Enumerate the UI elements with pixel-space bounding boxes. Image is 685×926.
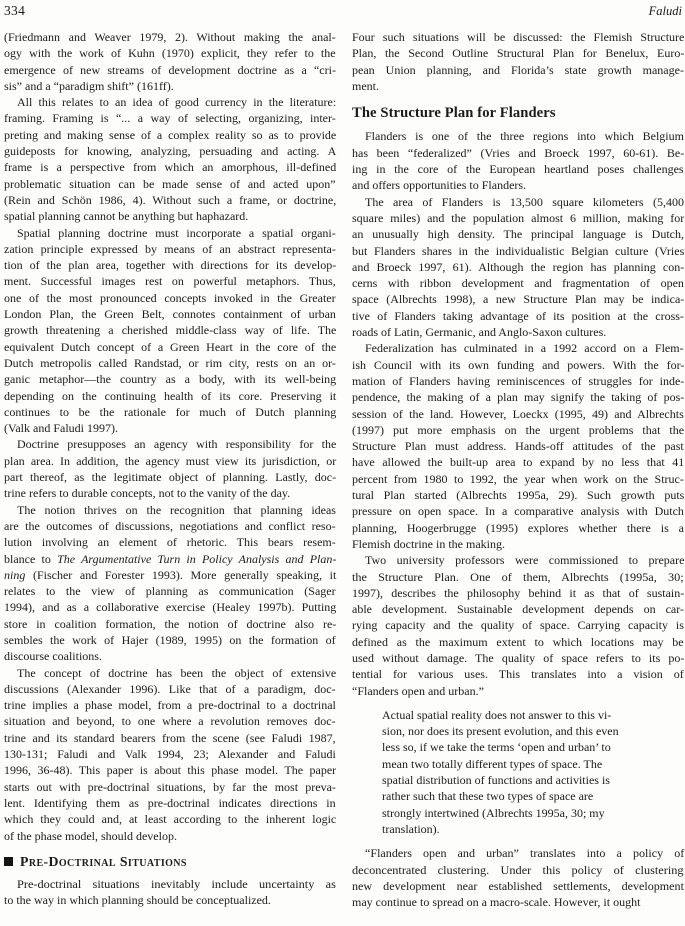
text-line: relates to the view of planning as commu… <box>4 583 336 599</box>
text-run: defined as the maximum extent to which l… <box>352 634 684 650</box>
text-run: growth threatening a cherished middle-cl… <box>4 322 336 338</box>
text-line: depending on the continuing health of it… <box>4 388 336 404</box>
text-line: 130-131; Faludi and Valk 1994, 23; Alexa… <box>4 746 336 762</box>
text-run: Flanders is one of the three regions int… <box>365 128 684 144</box>
text-line: sembles the work of Hajer (1989, 1995) o… <box>4 632 336 648</box>
text-run: Pre-doctrinal situations inevitably incl… <box>17 876 336 892</box>
text-line: the Structure Plan. One of them, Albrech… <box>352 569 684 585</box>
text-run: Structure Plan must address. Hands-off a… <box>352 438 684 454</box>
text-line: translation). <box>382 821 644 837</box>
text-line: Spatial planning doctrine must incorpora… <box>4 225 336 241</box>
text-line: blance to The Argumentative Turn in Poli… <box>4 551 336 567</box>
text-line: discussions (Alexander 1996). Like that … <box>4 681 336 697</box>
text-line: used without damage. The quality of spac… <box>352 650 684 666</box>
text-run: ing in the core of the European heartlan… <box>352 161 684 177</box>
text-run: ning (Fischer and Forester 1993). More g… <box>4 567 336 583</box>
text-line: (Friedmann and Weaver 1979, 2). Without … <box>4 29 336 45</box>
text-line: Structure Plan must address. Hands-off a… <box>352 438 684 454</box>
text-line: (Valk and Faludi 1997). <box>4 420 336 436</box>
text-run: have allowed the built-up area to expand… <box>352 454 684 470</box>
text-line: spatial planning cannot be anything but … <box>4 208 336 224</box>
text-line: spatial distribution of functions and ac… <box>382 772 644 788</box>
text-line: deconcentrated clustering. Under this po… <box>352 862 684 878</box>
text-line: ment. <box>352 78 684 94</box>
text-run: may continue to spread on a macro-scale.… <box>352 894 640 910</box>
text-line: of the phase model, should develop. <box>4 828 336 844</box>
paragraph: Four such situations will be discussed: … <box>352 29 684 94</box>
text-line: square miles) and the population almost … <box>352 210 684 226</box>
text-line: The area of Flanders is 13,500 square ki… <box>352 194 684 210</box>
text-run: Dutch metropolis called Randstad, or rim… <box>4 355 336 371</box>
text-run: relates to the view of planning as commu… <box>4 583 336 599</box>
text-run: problematic situation can be made sense … <box>4 176 336 192</box>
text-line: new development near established settlem… <box>352 878 684 894</box>
text-line: but Flanders shares in the individualist… <box>352 243 684 259</box>
text-run: blance to The Argumentative Turn in Poli… <box>4 551 336 567</box>
text-run: lent. Identifying them as pre-doctrinal … <box>4 795 336 811</box>
text-line: roads of Latin, Germanic, and Anglo-Saxo… <box>352 324 684 340</box>
text-line: store in coalition formation, the notion… <box>4 616 336 632</box>
text-line: problematic situation can be made sense … <box>4 176 336 192</box>
square-bullet-icon <box>4 857 13 866</box>
text-line: Actual spatial reality does not answer t… <box>382 707 644 723</box>
text-run: are the outcomes of discussions, negotia… <box>4 518 336 534</box>
text-line: ish Council with its own funding and pow… <box>352 357 684 373</box>
text-run: discussions (Alexander 1996). Like that … <box>4 681 336 697</box>
text-run: (Friedmann and Weaver 1979, 2). Without … <box>4 29 336 45</box>
paragraph: Pre-doctrinal situations inevitably incl… <box>4 876 336 909</box>
text-line: pean Union planning, and Florida’s state… <box>352 62 684 78</box>
text-line: equivalent Dutch concept of a Green Hear… <box>4 339 336 355</box>
text-line: plan area. In addition, the agency must … <box>4 453 336 469</box>
text-run: deconcentrated clustering. Under this po… <box>352 862 684 878</box>
text-line: pressure on open space. In a comparative… <box>352 503 684 519</box>
text-line: ment. Successful images rest on powerful… <box>4 273 336 289</box>
text-run: tential for various uses. This translate… <box>352 666 684 682</box>
text-line: trine and its standard bearers from the … <box>4 730 336 746</box>
text-run: ish Council with its own funding and pow… <box>352 357 684 373</box>
text-run: sembles the work of Hajer (1989, 1995) o… <box>4 632 336 648</box>
text-run: session of the land. However, Loeckx (19… <box>352 406 684 422</box>
text-run: planning, Hoogerbrugge (1995) explores w… <box>352 520 684 536</box>
text-run: equivalent Dutch concept of a Green Hear… <box>4 339 336 355</box>
paragraph: The concept of doctrine has been the obj… <box>4 665 336 844</box>
text-line: (Rein and Schön 1986, 4). Without such a… <box>4 192 336 208</box>
text-run: guideposts for knowing, analyzing, persu… <box>4 143 336 159</box>
section-heading: Pre-Doctrinal Situations <box>4 854 336 870</box>
text-line: continues to be the rationale for much o… <box>4 404 336 420</box>
paragraph: The area of Flanders is 13,500 square ki… <box>352 194 684 341</box>
text-line: defined as the maximum extent to which l… <box>352 634 684 650</box>
text-line: growth threatening a cherished middle-cl… <box>4 322 336 338</box>
text-line: Federalization has culminated in a 1992 … <box>352 340 684 356</box>
text-run: sis” and a “paradigm shift” (161ff). <box>4 78 174 94</box>
text-run: Spatial planning doctrine must incorpora… <box>17 225 336 241</box>
text-run: rying capacity and the quality of space.… <box>352 617 684 633</box>
text-run: spatial planning cannot be anything but … <box>4 208 248 224</box>
text-line: zation principle expressed by means of a… <box>4 241 336 257</box>
text-line: an unusually high density. The principal… <box>352 226 684 242</box>
text-line: Four such situations will be discussed: … <box>352 29 684 45</box>
text-run: roads of Latin, Germanic, and Anglo-Saxo… <box>352 324 606 340</box>
text-run: Plan, the Second Outline Structural Plan… <box>352 45 684 61</box>
text-run: pean Union planning, and Florida’s state… <box>352 62 684 78</box>
text-run: of the phase model, should develop. <box>4 828 177 844</box>
text-run: depending on the continuing health of it… <box>4 388 336 404</box>
text-line: have allowed the built-up area to expand… <box>352 454 684 470</box>
text-run: ment. Successful images rest on powerful… <box>4 273 336 289</box>
text-line: “Flanders open and urban” translates int… <box>352 845 684 861</box>
text-run: one of the most pronounced concepts invo… <box>4 290 336 306</box>
text-run: sion, nor does its present evolution, an… <box>382 723 619 739</box>
text-run: ment. <box>352 78 379 94</box>
text-run: trine and its standard bearers from the … <box>4 730 336 746</box>
text-run: the Structure Plan. One of them, Albrech… <box>352 569 684 585</box>
text-line: rather such that these two types of spac… <box>382 788 644 804</box>
paragraph: The notion thrives on the recognition th… <box>4 502 336 665</box>
text-run: London Plan, the Green Belt, connotes co… <box>4 306 336 322</box>
text-line: “Flanders open and urban.” <box>352 683 684 699</box>
text-run: frame is a perspective from which an amo… <box>4 159 336 175</box>
text-line: 1996, 36-48). This paper is about this p… <box>4 762 336 778</box>
text-run: has been “federalized” (Vries and Broeck… <box>352 145 684 161</box>
text-line: framing. Framing is “... a way of select… <box>4 110 336 126</box>
text-run: less so, if we take the terms ‘open and … <box>382 739 611 755</box>
text-line: Dutch metropolis called Randstad, or rim… <box>4 355 336 371</box>
text-run: to the way in which planning should be c… <box>4 892 271 908</box>
text-line: tential for various uses. This translate… <box>352 666 684 682</box>
paragraph: Doctrine presupposes an agency with resp… <box>4 436 336 501</box>
text-run: (1997) put more emphasis on the urgent p… <box>352 422 684 438</box>
journal-page: 334 Faludi (Friedmann and Weaver 1979, 2… <box>0 0 685 926</box>
text-run: which they could and, at least according… <box>4 811 336 827</box>
text-line: sis” and a “paradigm shift” (161ff). <box>4 78 336 94</box>
text-run: cerns with ribbon development and fragme… <box>352 275 684 291</box>
text-line: Two university professors were commissio… <box>352 552 684 568</box>
text-run: translation). <box>382 821 440 837</box>
text-run: 1997), describes the philosophy behind i… <box>352 585 684 601</box>
text-run: new development near established settlem… <box>352 878 684 894</box>
text-run: Flemish doctrine in the making. <box>352 536 505 552</box>
text-line: lution involving an element of rhetoric.… <box>4 534 336 550</box>
text-line: sion, nor does its present evolution, an… <box>382 723 644 739</box>
text-run: tion of the plan area, together with dir… <box>4 257 336 273</box>
text-run: “Flanders open and urban” translates int… <box>365 845 684 861</box>
text-run: used without damage. The quality of spac… <box>352 650 684 666</box>
text-line: ganic metaphor—the country as a body, wi… <box>4 371 336 387</box>
text-run: continues to be the rationale for much o… <box>4 404 336 420</box>
text-run: pendence, the making of a plan may signi… <box>352 389 684 405</box>
subsection-heading: The Structure Plan for Flanders <box>352 105 684 121</box>
text-run: and offers opportunities to Flanders. <box>352 177 526 193</box>
text-run: discourse coalitions. <box>4 648 102 664</box>
section-heading-label: Pre-Doctrinal Situations <box>20 854 187 869</box>
paragraph: Two university professors were commissio… <box>352 552 684 699</box>
text-line: space (Albrechts 1998), a new Structure … <box>352 291 684 307</box>
text-line: strongly intertwined (Albrechts 1995a, 3… <box>382 805 644 821</box>
text-run: plan area. In addition, the agency must … <box>4 453 336 469</box>
text-line: tive of Flanders taking advantage of its… <box>352 308 684 324</box>
text-run: an unusually high density. The principal… <box>352 226 684 242</box>
text-line: tural Plan started (Albrechts 1995a, 29)… <box>352 487 684 503</box>
text-line: rying capacity and the quality of space.… <box>352 617 684 633</box>
text-line: The notion thrives on the recognition th… <box>4 502 336 518</box>
text-run: Federalization has culminated in a 1992 … <box>365 340 684 356</box>
text-line: Pre-doctrinal situations inevitably incl… <box>4 876 336 892</box>
text-run: tive of Flanders taking advantage of its… <box>352 308 684 324</box>
text-line: part thereof, as the legitimate object o… <box>4 469 336 485</box>
text-run: mean two totally different types of spac… <box>382 756 602 772</box>
text-line: mean two totally different types of spac… <box>382 756 644 772</box>
running-head: Faludi <box>649 4 682 19</box>
text-run: pressure on open space. In a comparative… <box>352 503 684 519</box>
paragraph: Spatial planning doctrine must incorpora… <box>4 225 336 437</box>
text-line: ing in the core of the European heartlan… <box>352 161 684 177</box>
text-line: All this relates to an idea of good curr… <box>4 94 336 110</box>
text-run: starts out with pre-doctrinal situations… <box>4 779 336 795</box>
text-line: trine implies a phase model, from a pre-… <box>4 697 336 713</box>
text-run: framing. Framing is “... a way of select… <box>4 110 336 126</box>
text-run: rather such that these two types of spac… <box>382 788 593 804</box>
text-run: 1996, 36-48). This paper is about this p… <box>4 762 336 778</box>
text-run: 130-131; Faludi and Valk 1994, 23; Alexa… <box>4 746 336 762</box>
text-line: The concept of doctrine has been the obj… <box>4 665 336 681</box>
text-run: Doctrine presupposes an agency with resp… <box>17 436 336 452</box>
text-run: zation principle expressed by means of a… <box>4 241 336 257</box>
text-run: percent from 1980 to 1992, the year when… <box>352 471 684 487</box>
text-line: session of the land. However, Loeckx (19… <box>352 406 684 422</box>
text-line: mation of Flanders having reminiscences … <box>352 373 684 389</box>
text-line: preting and making sense of a complex re… <box>4 127 336 143</box>
text-run: able development. Sustainable developmen… <box>352 601 684 617</box>
text-run: ogy with the work of Kuhn (1970) explici… <box>4 45 336 61</box>
text-line: lent. Identifying them as pre-doctrinal … <box>4 795 336 811</box>
text-line: Plan, the Second Outline Structural Plan… <box>352 45 684 61</box>
text-line: trine refers to durable concepts, not to… <box>4 485 336 501</box>
text-line: able development. Sustainable developmen… <box>352 601 684 617</box>
text-run: The notion thrives on the recognition th… <box>17 502 336 518</box>
paragraph: Federalization has culminated in a 1992 … <box>352 340 684 552</box>
text-run: mation of Flanders having reminiscences … <box>352 373 684 389</box>
text-run: trine refers to durable concepts, not to… <box>4 485 290 501</box>
text-line: (1997) put more emphasis on the urgent p… <box>352 422 684 438</box>
text-line: cerns with ribbon development and fragme… <box>352 275 684 291</box>
text-run: and Broeck 1997, 61). Although the regio… <box>352 259 684 275</box>
text-line: and Broeck 1997, 61). Although the regio… <box>352 259 684 275</box>
text-line: guideposts for knowing, analyzing, persu… <box>4 143 336 159</box>
text-line: to the way in which planning should be c… <box>4 892 336 908</box>
text-line: one of the most pronounced concepts invo… <box>4 290 336 306</box>
paragraph: All this relates to an idea of good curr… <box>4 94 336 224</box>
text-run: Actual spatial reality does not answer t… <box>382 707 611 723</box>
paragraph: (Friedmann and Weaver 1979, 2). Without … <box>4 29 336 94</box>
text-line: percent from 1980 to 1992, the year when… <box>352 471 684 487</box>
paragraph: “Flanders open and urban” translates int… <box>352 845 684 910</box>
text-run: emergence of new streams of development … <box>4 62 336 78</box>
text-line: has been “federalized” (Vries and Broeck… <box>352 145 684 161</box>
text-run: strongly intertwined (Albrechts 1995a, 3… <box>382 805 605 821</box>
text-run: All this relates to an idea of good curr… <box>17 94 336 110</box>
text-run: tural Plan started (Albrechts 1995a, 29)… <box>352 487 684 503</box>
left-column: (Friedmann and Weaver 1979, 2). Without … <box>4 29 336 909</box>
text-run: space (Albrechts 1998), a new Structure … <box>352 291 684 307</box>
text-line: ning (Fischer and Forester 1993). More g… <box>4 567 336 583</box>
text-run: The concept of doctrine has been the obj… <box>17 665 336 681</box>
text-line: tion of the plan area, together with dir… <box>4 257 336 273</box>
text-line: less so, if we take the terms ‘open and … <box>382 739 644 755</box>
text-run: ganic metaphor—the country as a body, wi… <box>4 371 336 387</box>
text-run: “Flanders open and urban.” <box>352 683 484 699</box>
text-line: discourse coalitions. <box>4 648 336 664</box>
text-run: The area of Flanders is 13,500 square ki… <box>365 194 684 210</box>
text-line: Doctrine presupposes an agency with resp… <box>4 436 336 452</box>
text-run: (Rein and Schön 1986, 4). Without such a… <box>4 192 336 208</box>
text-run: trine implies a phase model, from a pre-… <box>4 697 336 713</box>
text-line: frame is a perspective from which an amo… <box>4 159 336 175</box>
text-run: Two university professors were commissio… <box>365 552 684 568</box>
text-line: situation and beyond, to one where a rev… <box>4 713 336 729</box>
paragraph: Flanders is one of the three regions int… <box>352 128 684 193</box>
text-line: planning, Hoogerbrugge (1995) explores w… <box>352 520 684 536</box>
text-line: which they could and, at least according… <box>4 811 336 827</box>
text-run: spatial distribution of functions and ac… <box>382 772 610 788</box>
text-line: emergence of new streams of development … <box>4 62 336 78</box>
text-line: are the outcomes of discussions, negotia… <box>4 518 336 534</box>
text-run: preting and making sense of a complex re… <box>4 127 336 143</box>
text-run: part thereof, as the legitimate object o… <box>4 469 336 485</box>
right-column: Four such situations will be discussed: … <box>352 29 684 910</box>
text-line: Flemish doctrine in the making. <box>352 536 684 552</box>
text-line: pendence, the making of a plan may signi… <box>352 389 684 405</box>
text-line: London Plan, the Green Belt, connotes co… <box>4 306 336 322</box>
text-run: store in coalition formation, the notion… <box>4 616 336 632</box>
text-line: may continue to spread on a macro-scale.… <box>352 894 684 910</box>
page-number: 334 <box>4 3 25 19</box>
text-run: (Valk and Faludi 1997). <box>4 420 118 436</box>
text-run: 1994), and as a collaborative exercise (… <box>4 599 336 615</box>
text-run: square miles) and the population almost … <box>352 210 684 226</box>
text-line: 1994), and as a collaborative exercise (… <box>4 599 336 615</box>
text-run: lution involving an element of rhetoric.… <box>4 534 336 550</box>
text-line: and offers opportunities to Flanders. <box>352 177 684 193</box>
text-run: Four such situations will be discussed: … <box>352 29 684 45</box>
text-run: situation and beyond, to one where a rev… <box>4 713 336 729</box>
text-run: but Flanders shares in the individualist… <box>352 243 684 259</box>
text-line: ogy with the work of Kuhn (1970) explici… <box>4 45 336 61</box>
text-line: Flanders is one of the three regions int… <box>352 128 684 144</box>
text-line: 1997), describes the philosophy behind i… <box>352 585 684 601</box>
block-quote: Actual spatial reality does not answer t… <box>382 707 644 837</box>
text-line: starts out with pre-doctrinal situations… <box>4 779 336 795</box>
